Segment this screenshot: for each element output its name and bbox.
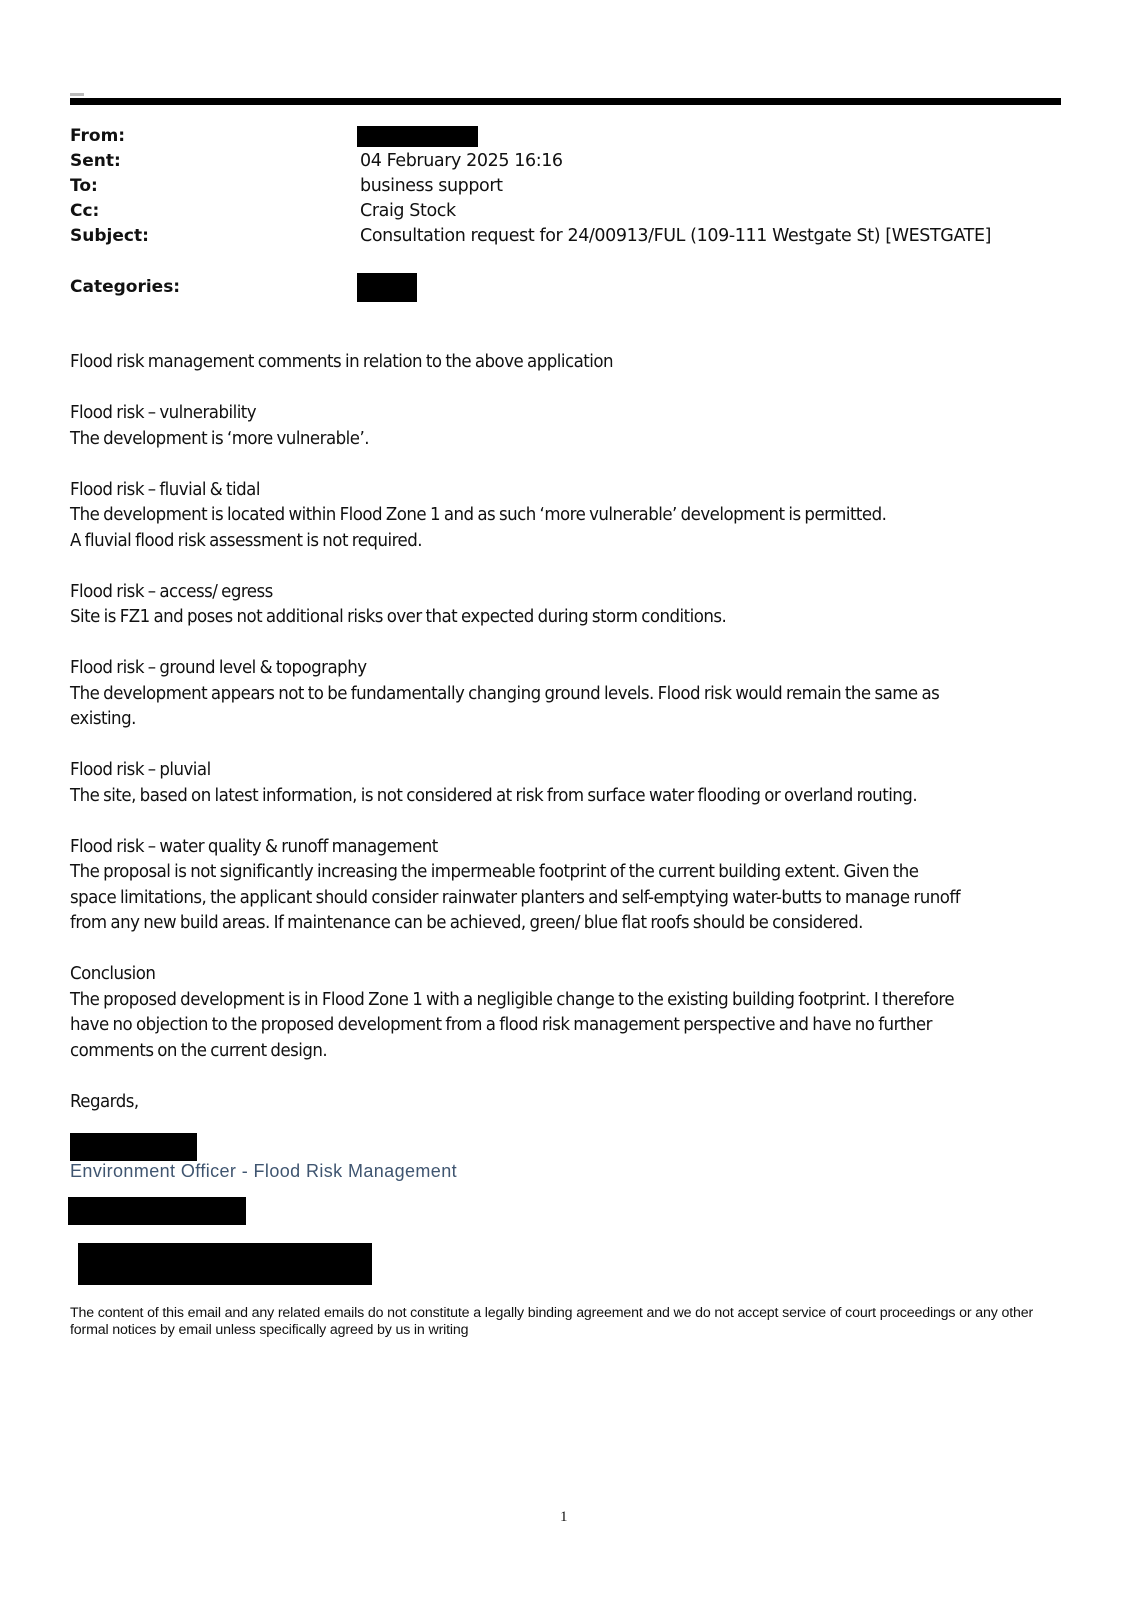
section-vulnerability: Flood risk – vulnerability The developme… — [70, 401, 1020, 452]
section-text: space limitations, the applicant should … — [70, 886, 1020, 912]
cc-value: Craig Stock — [360, 199, 456, 224]
signature-title: Environment Officer - Flood Risk Managem… — [70, 1161, 457, 1182]
section-heading: Flood risk – water quality & runoff mana… — [70, 835, 1020, 861]
subject-label: Subject: — [70, 224, 330, 249]
section-pluvial: Flood risk – pluvial The site, based on … — [70, 758, 1020, 809]
section-conclusion: Conclusion The proposed development is i… — [70, 962, 1020, 1064]
sent-value: 04 February 2025 16:16 — [360, 149, 563, 174]
section-text: The development is ‘more vulnerable’. — [70, 427, 1020, 453]
section-text: Site is FZ1 and poses not additional ris… — [70, 605, 1020, 631]
section-text: The proposed development is in Flood Zon… — [70, 988, 1020, 1014]
section-heading: Flood risk – access/ egress — [70, 580, 1020, 606]
section-access-egress: Flood risk – access/ egress Site is FZ1 … — [70, 580, 1020, 631]
from-label: From: — [70, 124, 330, 149]
header-mark — [70, 93, 84, 96]
section-heading: Flood risk – fluvial & tidal — [70, 478, 1020, 504]
redacted-signature-contact — [68, 1197, 246, 1225]
section-heading: Flood risk – vulnerability — [70, 401, 1020, 427]
section-text: comments on the current design. — [70, 1039, 1020, 1065]
section-text: from any new build areas. If maintenance… — [70, 911, 1020, 937]
section-text: A fluvial flood risk assessment is not r… — [70, 529, 1020, 555]
cc-label: Cc: — [70, 199, 330, 224]
redacted-signature-logo — [78, 1243, 372, 1285]
subject-value: Consultation request for 24/00913/FUL (1… — [360, 224, 991, 249]
email-body: Flood risk management comments in relati… — [70, 350, 1020, 1141]
header-rule — [70, 98, 1061, 105]
redacted-sender — [357, 126, 478, 147]
section-ground-level: Flood risk – ground level & topography T… — [70, 656, 1020, 733]
section-text: The development appears not to be fundam… — [70, 682, 1020, 708]
section-text: The proposal is not significantly increa… — [70, 860, 1020, 886]
section-text: existing. — [70, 707, 1020, 733]
to-value: business support — [360, 174, 503, 199]
email-disclaimer: The content of this email and any relate… — [70, 1305, 1070, 1339]
sent-label: Sent: — [70, 149, 330, 174]
intro-text: Flood risk management comments in relati… — [70, 350, 1020, 376]
section-text: have no objection to the proposed develo… — [70, 1013, 1020, 1039]
section-fluvial-tidal: Flood risk – fluvial & tidal The develop… — [70, 478, 1020, 555]
section-text: The development is located within Flood … — [70, 503, 1020, 529]
section-text: The site, based on latest information, i… — [70, 784, 1020, 810]
section-water-quality: Flood risk – water quality & runoff mana… — [70, 835, 1020, 937]
signoff: Regards, — [70, 1090, 1020, 1116]
redacted-signature-name — [70, 1133, 197, 1161]
categories-label: Categories: — [70, 275, 330, 300]
section-heading: Flood risk – pluvial — [70, 758, 1020, 784]
section-heading: Flood risk – ground level & topography — [70, 656, 1020, 682]
redacted-categories — [357, 273, 417, 302]
section-heading: Conclusion — [70, 962, 1020, 988]
document-page: From: Sent: 04 February 2025 16:16 To: b… — [0, 0, 1130, 1600]
to-label: To: — [70, 174, 330, 199]
page-number: 1 — [560, 1509, 568, 1526]
